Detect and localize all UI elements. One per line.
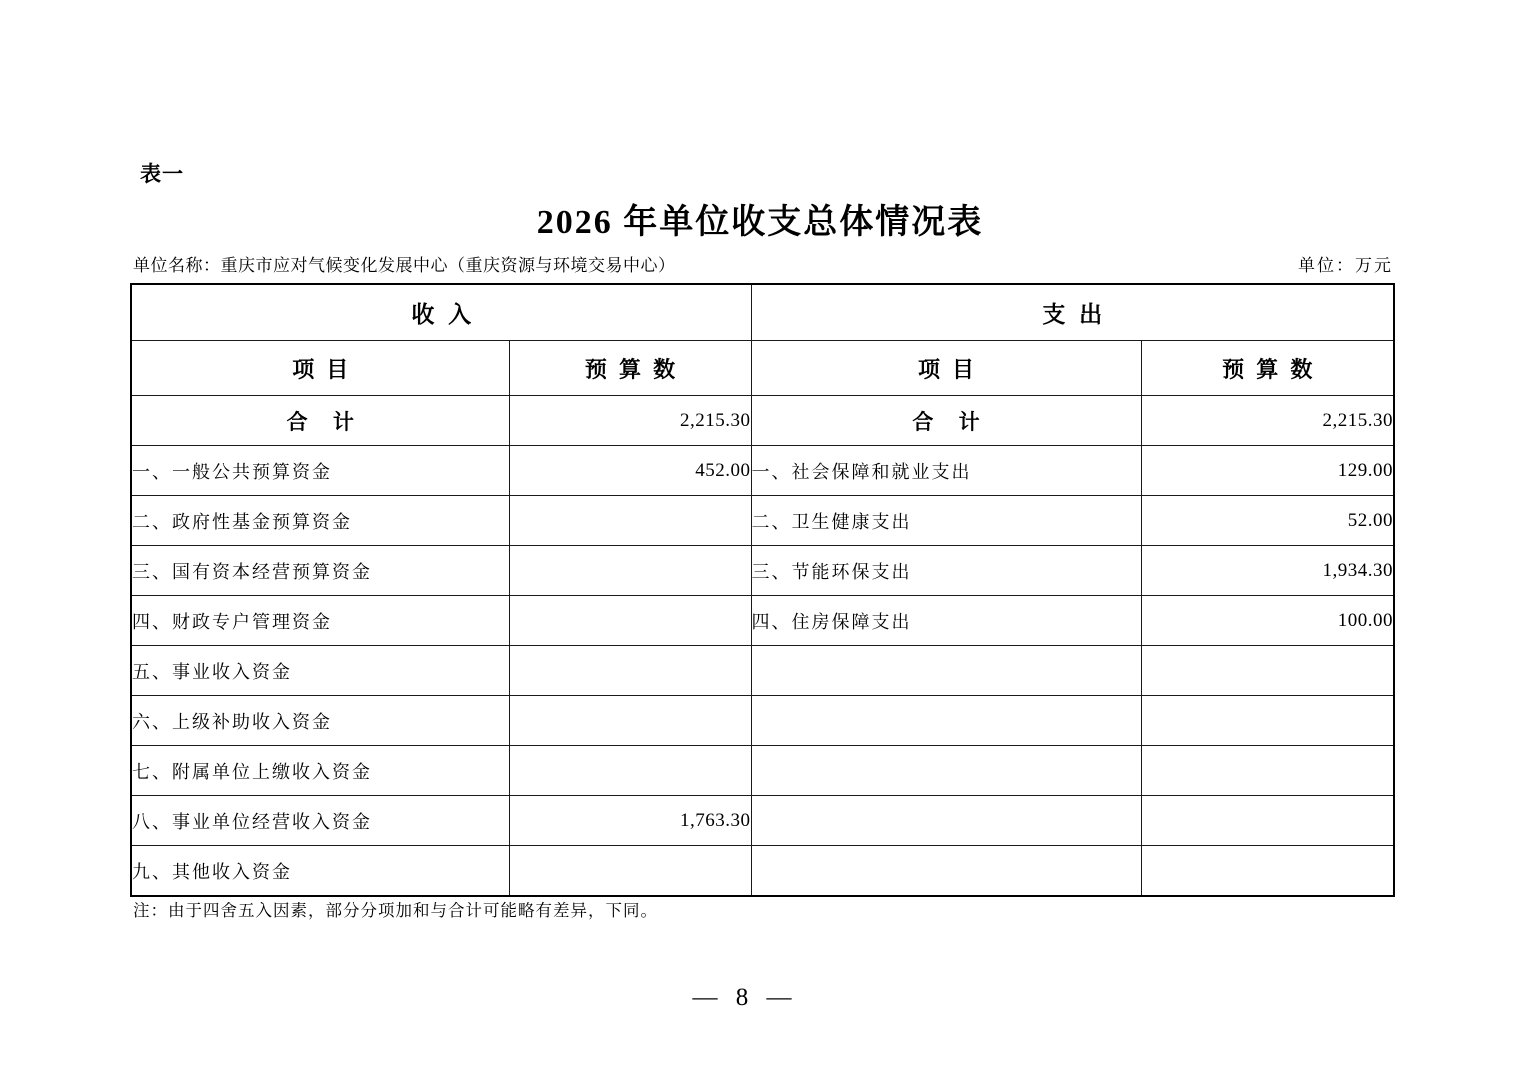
- income-item-cell: 七、附属单位上缴收入资金: [131, 746, 509, 796]
- expense-budget-cell: [1141, 746, 1394, 796]
- page-number: — 8 —: [0, 984, 1490, 1012]
- table-row: 三、国有资本经营预算资金三、节能环保支出1,934.30: [131, 546, 1394, 596]
- income-item-cell: 九、其他收入资金: [131, 846, 509, 897]
- group-header-row: 收入 支出: [131, 284, 1394, 341]
- table-label: 表一: [140, 158, 184, 188]
- column-header-income-item: 项目: [131, 341, 509, 396]
- expense-item-cell: [751, 646, 1141, 696]
- income-budget-cell: [509, 646, 751, 696]
- income-budget-cell: [509, 596, 751, 646]
- expense-item-cell: 二、卫生健康支出: [751, 496, 1141, 546]
- table-row: 八、事业单位经营收入资金1,763.30: [131, 796, 1394, 846]
- income-budget-cell: [509, 746, 751, 796]
- document-page: 表一 2026 年单位收支总体情况表 单位名称：重庆市应对气候变化发展中心（重庆…: [0, 0, 1520, 1074]
- expense-budget-cell: [1141, 846, 1394, 897]
- income-item-cell: 二、政府性基金预算资金: [131, 496, 509, 546]
- column-header-expense-budget: 预算数: [1141, 341, 1394, 396]
- budget-table: 收入 支出 项目 预算数 项目 预算数 合计2,215.30合计2,215.30…: [130, 283, 1395, 897]
- income-item-cell: 五、事业收入资金: [131, 646, 509, 696]
- expense-budget-cell: 52.00: [1141, 496, 1394, 546]
- income-budget-cell: 452.00: [509, 446, 751, 496]
- table-row: 九、其他收入资金: [131, 846, 1394, 897]
- table-row: 二、政府性基金预算资金二、卫生健康支出52.00: [131, 496, 1394, 546]
- group-header-expense: 支出: [751, 284, 1394, 341]
- expense-budget-cell: 2,215.30: [1141, 396, 1394, 446]
- income-item-cell: 四、财政专户管理资金: [131, 596, 509, 646]
- expense-budget-cell: 129.00: [1141, 446, 1394, 496]
- table-row: 六、上级补助收入资金: [131, 696, 1394, 746]
- expense-budget-cell: [1141, 646, 1394, 696]
- table-body: 合计2,215.30合计2,215.30一、一般公共预算资金452.00一、社会…: [131, 396, 1394, 897]
- expense-budget-cell: [1141, 796, 1394, 846]
- expense-item-cell: 一、社会保障和就业支出: [751, 446, 1141, 496]
- table-row: 四、财政专户管理资金四、住房保障支出100.00: [131, 596, 1394, 646]
- expense-item-cell: [751, 846, 1141, 897]
- expense-budget-cell: 100.00: [1141, 596, 1394, 646]
- rounding-note: 注：由于四舍五入因素，部分分项加和与合计可能略有差异，下同。: [133, 897, 658, 921]
- expense-item-cell: 三、节能环保支出: [751, 546, 1141, 596]
- expense-item-cell: [751, 796, 1141, 846]
- table-row: 五、事业收入资金: [131, 646, 1394, 696]
- expense-item-cell: [751, 746, 1141, 796]
- income-budget-cell: [509, 546, 751, 596]
- group-header-income: 收入: [131, 284, 751, 341]
- table-meta-row: 单位名称：重庆市应对气候变化发展中心（重庆资源与环境交易中心） 单位：万元: [133, 251, 1393, 276]
- column-header-income-budget: 预算数: [509, 341, 751, 396]
- column-header-expense-item: 项目: [751, 341, 1141, 396]
- income-budget-cell: [509, 496, 751, 546]
- table-row: 一、一般公共预算资金452.00一、社会保障和就业支出129.00: [131, 446, 1394, 496]
- column-header-row: 项目 预算数 项目 预算数: [131, 341, 1394, 396]
- expense-item-cell: [751, 696, 1141, 746]
- expense-item-cell: 四、住房保障支出: [751, 596, 1141, 646]
- unit-name: 单位名称：重庆市应对气候变化发展中心（重庆资源与环境交易中心）: [133, 251, 676, 276]
- total-row: 合计2,215.30合计2,215.30: [131, 396, 1394, 446]
- page-title: 2026 年单位收支总体情况表: [0, 194, 1520, 243]
- income-item-cell: 三、国有资本经营预算资金: [131, 546, 509, 596]
- income-item-cell: 合计: [131, 396, 509, 446]
- income-budget-cell: [509, 846, 751, 897]
- expense-budget-cell: [1141, 696, 1394, 746]
- table-row: 七、附属单位上缴收入资金: [131, 746, 1394, 796]
- income-budget-cell: [509, 696, 751, 746]
- income-item-cell: 八、事业单位经营收入资金: [131, 796, 509, 846]
- expense-item-cell: 合计: [751, 396, 1141, 446]
- income-item-cell: 六、上级补助收入资金: [131, 696, 509, 746]
- income-budget-cell: 1,763.30: [509, 796, 751, 846]
- expense-budget-cell: 1,934.30: [1141, 546, 1394, 596]
- income-budget-cell: 2,215.30: [509, 396, 751, 446]
- unit-of-measure: 单位：万元: [1298, 251, 1393, 276]
- income-item-cell: 一、一般公共预算资金: [131, 446, 509, 496]
